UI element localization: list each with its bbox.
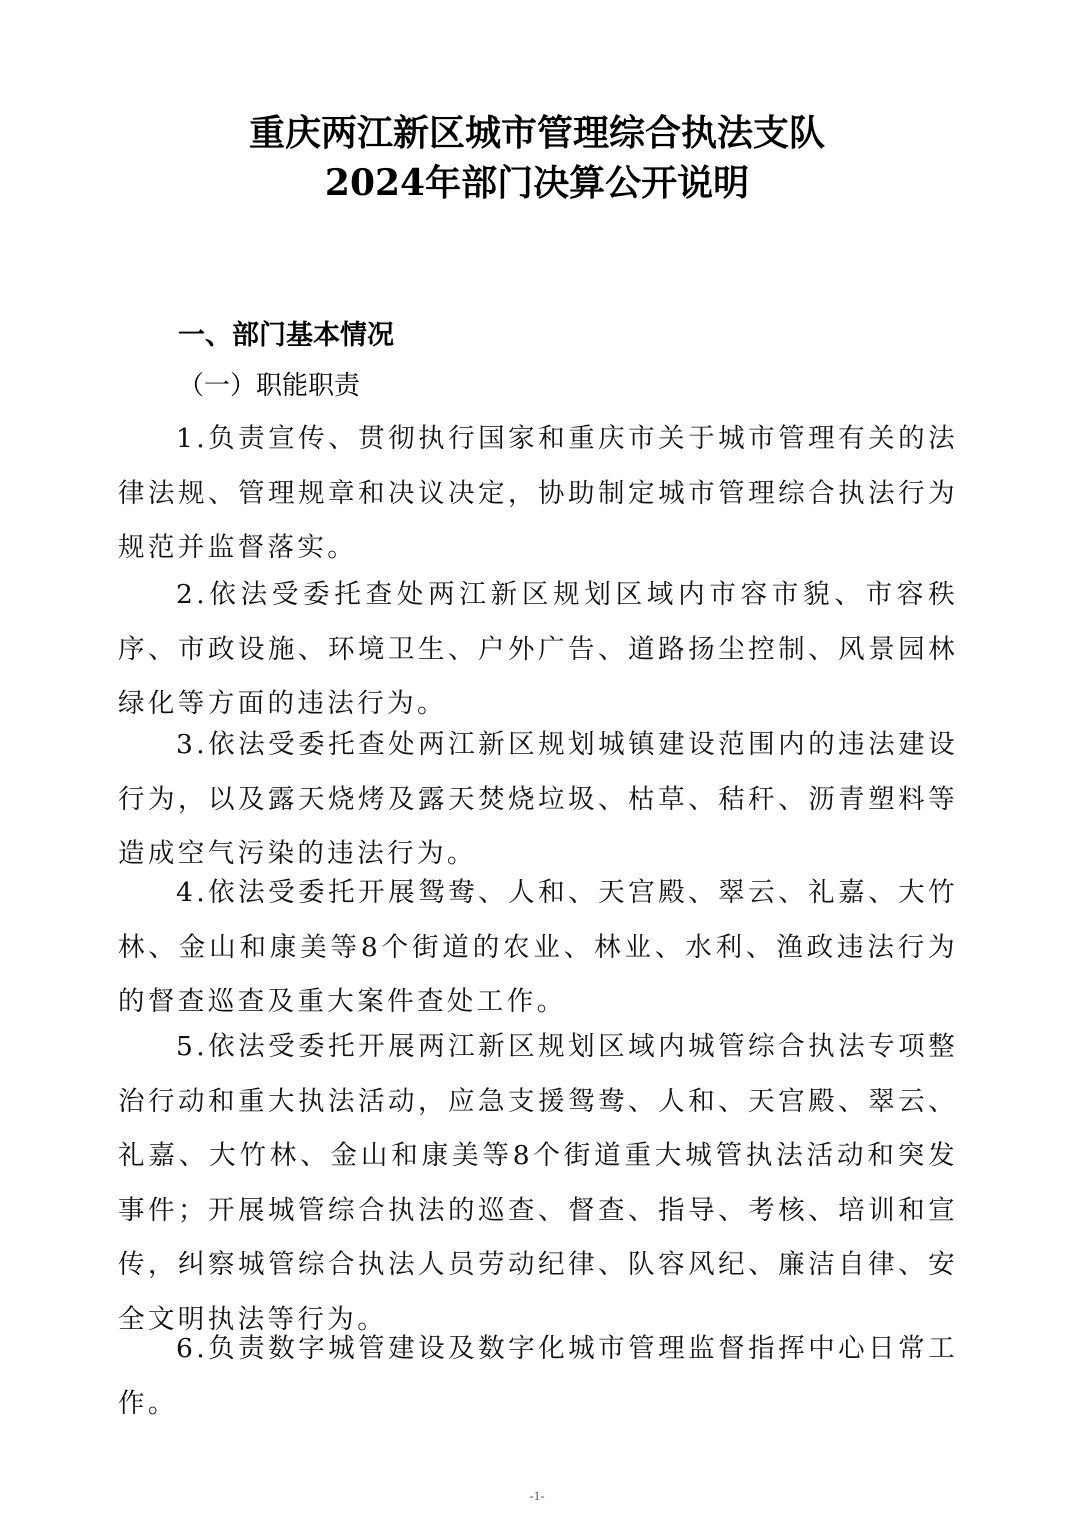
document-page: 重庆两江新区城市管理综合执法支队 2024年部门决算公开说明 一、部门基本情况 … <box>0 0 1074 1520</box>
page-number: -1- <box>0 1488 1074 1504</box>
section-heading-basic-info: 一、部门基本情况 <box>178 316 394 356</box>
function-item-3: 3.依法受委托查处两江新区规划城镇建设范围内的违法建设行为，以及露天烧烤及露天焚… <box>118 718 958 882</box>
function-item-6: 6.负责数字城管建设及数字化城市管理监督指挥中心日常工作。 <box>118 1322 958 1431</box>
subsection-heading-functions: （一）职能职责 <box>178 366 360 406</box>
function-item-4: 4.依法受委托开展鸳鸯、人和、天宫殿、翠云、礼嘉、大竹林、金山和康美等8个街道的… <box>118 866 958 1030</box>
function-item-5: 5.依法受委托开展两江新区规划区域内城管综合执法专项整治行动和重大执法活动，应急… <box>118 1020 958 1347</box>
function-item-2: 2.依法受委托查处两江新区规划区域内市容市貌、市容秩序、市政设施、环境卫生、户外… <box>118 568 958 732</box>
document-title-line1: 重庆两江新区城市管理综合执法支队 <box>0 108 1074 158</box>
function-item-1: 1.负责宣传、贯彻执行国家和重庆市关于城市管理有关的法律法规、管理规章和决议决定… <box>118 412 958 576</box>
document-title-line2: 2024年部门决算公开说明 <box>0 158 1074 208</box>
